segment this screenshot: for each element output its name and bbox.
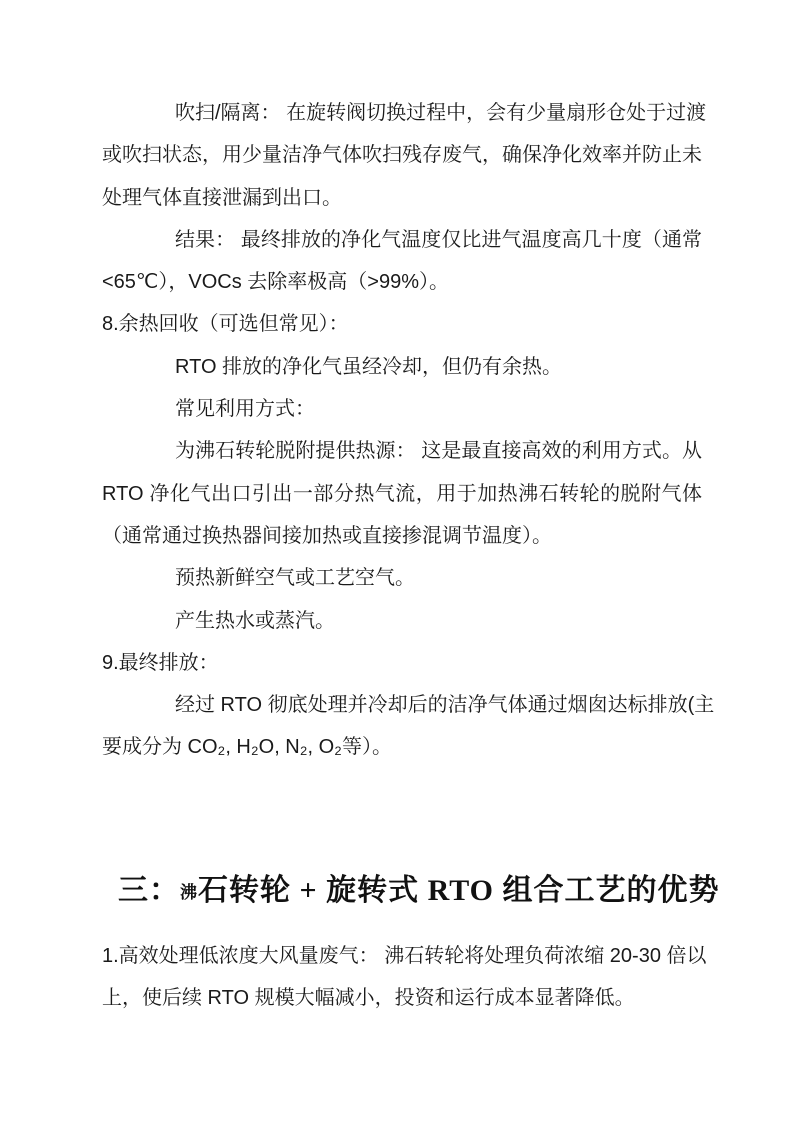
- para-final-emission-line-1: 经过 RTO 彻底处理并冷却后的洁净气体通过烟囱达标排放(主: [102, 684, 702, 726]
- para-common-utilization-title: 常见利用方式：: [102, 388, 702, 430]
- para-final-emission-line-2: 要成分为 CO₂, H₂O, N₂, O₂等）。: [102, 726, 702, 768]
- para-result-line-2: <65℃），VOCs 去除率极高（>99%）。: [102, 261, 702, 303]
- para-purge-isolation-line-1: 吹扫/隔离： 在旋转阀切换过程中，会有少量扇形仓处于过渡: [102, 92, 702, 134]
- para-desorption-heat-line-3: （通常通过换热器间接加热或直接掺混调节温度）。: [102, 515, 702, 557]
- para-preheat-air: 预热新鲜空气或工艺空气。: [102, 557, 702, 599]
- item-8-heat-recovery-title: 8.余热回收（可选但常见）：: [102, 303, 702, 345]
- heading-rest: 石转轮 + 旋转式 RTO 组合工艺的优势: [198, 874, 720, 907]
- para-hot-water-steam: 产生热水或蒸汽。: [102, 600, 702, 642]
- para-residual-heat: RTO 排放的净化气虽经冷却，但仍有余热。: [102, 346, 702, 388]
- para-desorption-heat-line-1: 为沸石转轮脱附提供热源： 这是最直接高效的利用方式。从: [102, 430, 702, 472]
- section-heading: 三：沸石转轮 + 旋转式 RTO 组合工艺的优势: [118, 869, 702, 915]
- para-desorption-heat-line-2: RTO 净化气出口引出一部分热气流，用于加热沸石转轮的脱附气体: [102, 473, 702, 515]
- heading-prefix: 三：: [118, 874, 180, 907]
- para-result-line-1: 结果： 最终排放的净化气温度仅比进气温度高几十度（通常: [102, 219, 702, 261]
- para-advantage-1-line-1: 1.高效处理低浓度大风量废气： 沸石转轮将处理负荷浓缩 20-30 倍以: [102, 935, 702, 977]
- para-purge-isolation-line-2: 或吹扫状态，用少量洁净气体吹扫残存废气，确保净化效率并防止未: [102, 134, 702, 176]
- document-page: 吹扫/隔离： 在旋转阀切换过程中，会有少量扇形仓处于过渡 或吹扫状态，用少量洁净…: [0, 0, 800, 1131]
- item-9-final-emission-title: 9.最终排放：: [102, 642, 702, 684]
- heading-small-char: 沸: [180, 883, 198, 902]
- para-purge-isolation-line-3: 处理气体直接泄漏到出口。: [102, 177, 702, 219]
- para-advantage-1-line-2: 上，使后续 RTO 规模大幅减小，投资和运行成本显著降低。: [102, 977, 702, 1019]
